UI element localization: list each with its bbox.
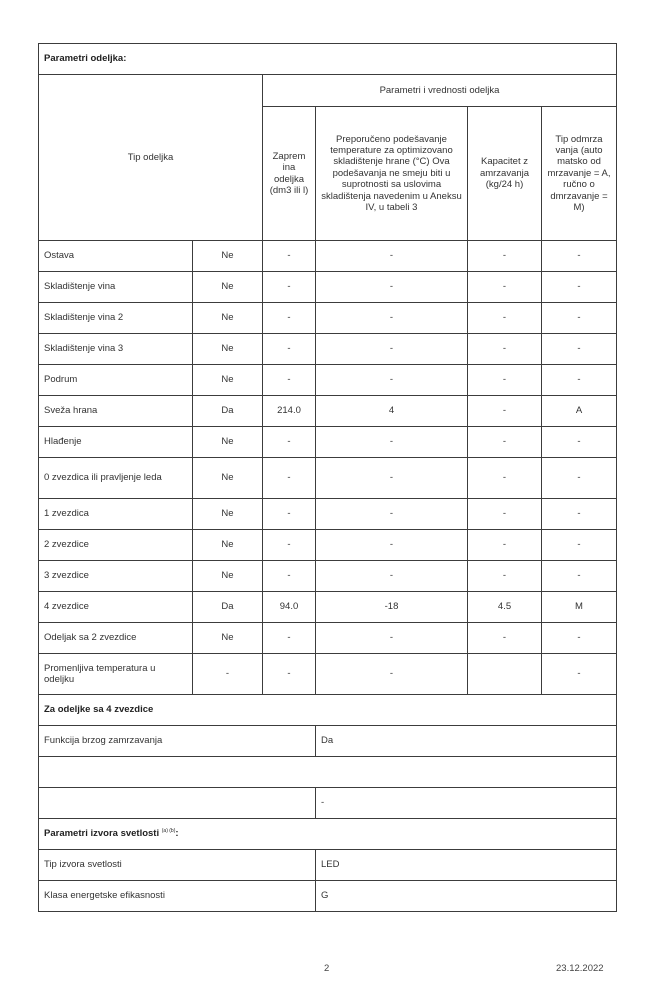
compartment-present: Ne [193, 365, 263, 396]
compartment-freezing-capacity: - [468, 396, 542, 427]
table-row: HlađenjeNe---- [39, 427, 617, 458]
compartment-defrost-type: - [542, 623, 617, 654]
table-row: Promenljiva temperatura u odeljku---- [39, 654, 617, 695]
compartment-defrost-type: - [542, 458, 617, 499]
table-row: Skladištenje vina 3Ne---- [39, 334, 617, 365]
table-row: Odeljak sa 2 zvezdiceNe---- [39, 623, 617, 654]
compartment-volume: - [263, 499, 316, 530]
freezing-capacity-header: Kapacitet z amrzavanja (kg/24 h) [468, 107, 542, 241]
compartment-present: Ne [193, 458, 263, 499]
compartment-freezing-capacity: - [468, 530, 542, 561]
temperature-header: Preporučeno podešavanje temperature za o… [316, 107, 468, 241]
compartment-volume: - [263, 623, 316, 654]
compartment-freezing-capacity: - [468, 303, 542, 334]
compartment-type: Promenljiva temperatura u odeljku [39, 654, 193, 695]
compartment-temperature: 4 [316, 396, 468, 427]
document-date: 23.12.2022 [556, 963, 604, 974]
compartment-type: 2 zvezdice [39, 530, 193, 561]
compartment-present: Ne [193, 530, 263, 561]
compartment-freezing-capacity: - [468, 427, 542, 458]
compartment-volume: - [263, 561, 316, 592]
compartment-type: Skladištenje vina 2 [39, 303, 193, 334]
compartment-volume: 94.0 [263, 592, 316, 623]
compartment-present: Ne [193, 303, 263, 334]
compartment-temperature: - [316, 499, 468, 530]
compartment-parameters-table: Parametri odeljka: Tip odeljka Parametri… [38, 43, 617, 912]
compartment-freezing-capacity: 4.5 [468, 592, 542, 623]
compartment-defrost-type: - [542, 334, 617, 365]
compartment-defrost-type: - [542, 365, 617, 396]
compartment-temperature: - [316, 654, 468, 695]
compartment-type: Skladištenje vina [39, 272, 193, 303]
table-row: Sveža hranaDa214.04-A [39, 396, 617, 427]
compartment-present: Ne [193, 499, 263, 530]
compartment-present: Ne [193, 272, 263, 303]
compartment-present: Da [193, 396, 263, 427]
compartment-present: - [193, 654, 263, 695]
table-row: 1 zvezdicaNe---- [39, 499, 617, 530]
compartment-volume: 214.0 [263, 396, 316, 427]
footnote-marker: (a) (b) [162, 828, 176, 834]
compartment-type: Odeljak sa 2 zvezdice [39, 623, 193, 654]
four-star-section-title: Za odeljke sa 4 zvezdice [39, 695, 617, 726]
compartment-volume: - [263, 334, 316, 365]
empty-row [39, 757, 617, 788]
compartment-temperature: - [316, 623, 468, 654]
compartment-defrost-type: - [542, 654, 617, 695]
compartment-type: Hlađenje [39, 427, 193, 458]
compartment-temperature: - [316, 272, 468, 303]
compartment-defrost-type: A [542, 396, 617, 427]
fast-freeze-label: Funkcija brzog zamrzavanja [39, 726, 316, 757]
compartment-freezing-capacity: - [468, 561, 542, 592]
compartment-defrost-type: - [542, 272, 617, 303]
compartment-volume: - [263, 365, 316, 396]
compartment-temperature: - [316, 561, 468, 592]
compartment-type: 4 zvezdice [39, 592, 193, 623]
compartment-freezing-capacity [468, 654, 542, 695]
compartment-present: Ne [193, 241, 263, 272]
compartment-defrost-type: - [542, 303, 617, 334]
compartment-temperature: - [316, 365, 468, 396]
unlabeled-parameter-value: - [316, 788, 617, 819]
compartment-freezing-capacity: - [468, 499, 542, 530]
unlabeled-parameter-label [39, 788, 316, 819]
compartment-volume: - [263, 654, 316, 695]
compartment-type: Sveža hrana [39, 396, 193, 427]
compartment-freezing-capacity: - [468, 365, 542, 396]
table-row: OstavaNe---- [39, 241, 617, 272]
compartment-type: 0 zvezdica ili pravljenje leda [39, 458, 193, 499]
type-header: Tip odeljka [39, 75, 263, 241]
table-row: 4 zvezdiceDa94.0-184.5M [39, 592, 617, 623]
compartment-present: Ne [193, 561, 263, 592]
compartment-volume: - [263, 427, 316, 458]
table-row: 0 zvezdica ili pravljenje ledaNe---- [39, 458, 617, 499]
compartment-volume: - [263, 458, 316, 499]
table-row: Skladištenje vina 2Ne---- [39, 303, 617, 334]
compartment-freezing-capacity: - [468, 458, 542, 499]
compartment-defrost-type: - [542, 561, 617, 592]
light-type-value: LED [316, 850, 617, 881]
section-title: Parametri odeljka: [39, 44, 617, 75]
compartment-freezing-capacity: - [468, 334, 542, 365]
compartment-volume: - [263, 241, 316, 272]
compartment-freezing-capacity: - [468, 272, 542, 303]
page-number: 2 [324, 963, 329, 974]
defrost-type-header: Tip odmrza vanja (auto matsko od mrzavan… [542, 107, 617, 241]
compartment-freezing-capacity: - [468, 623, 542, 654]
group-header: Parametri i vrednosti odeljka [263, 75, 617, 107]
compartment-present: Ne [193, 623, 263, 654]
compartment-volume: - [263, 272, 316, 303]
compartment-type: Ostava [39, 241, 193, 272]
compartment-type: 1 zvezdica [39, 499, 193, 530]
compartment-defrost-type: M [542, 592, 617, 623]
compartment-temperature: - [316, 530, 468, 561]
compartment-type: Skladištenje vina 3 [39, 334, 193, 365]
energy-class-label: Klasa energetske efikasnosti [39, 881, 316, 912]
energy-class-value: G [316, 881, 617, 912]
compartment-temperature: - [316, 334, 468, 365]
compartment-present: Da [193, 592, 263, 623]
compartment-defrost-type: - [542, 530, 617, 561]
table-row: 2 zvezdiceNe---- [39, 530, 617, 561]
light-type-label: Tip izvora svetlosti [39, 850, 316, 881]
table-row: PodrumNe---- [39, 365, 617, 396]
table-row: Skladištenje vinaNe---- [39, 272, 617, 303]
light-source-section-title: Parametri izvora svetlosti (a) (b): [39, 819, 617, 850]
volume-header: Zaprem ina odeljka (dm3 ili l) [263, 107, 316, 241]
compartment-temperature: - [316, 303, 468, 334]
fast-freeze-value: Da [316, 726, 617, 757]
compartment-defrost-type: - [542, 499, 617, 530]
compartment-freezing-capacity: - [468, 241, 542, 272]
compartment-temperature: - [316, 241, 468, 272]
compartment-temperature: - [316, 427, 468, 458]
compartment-defrost-type: - [542, 427, 617, 458]
compartment-volume: - [263, 303, 316, 334]
compartment-type: 3 zvezdice [39, 561, 193, 592]
compartment-present: Ne [193, 334, 263, 365]
compartment-type: Podrum [39, 365, 193, 396]
table-row: 3 zvezdiceNe---- [39, 561, 617, 592]
compartment-temperature: -18 [316, 592, 468, 623]
compartment-present: Ne [193, 427, 263, 458]
compartment-volume: - [263, 530, 316, 561]
compartment-temperature: - [316, 458, 468, 499]
compartment-defrost-type: - [542, 241, 617, 272]
